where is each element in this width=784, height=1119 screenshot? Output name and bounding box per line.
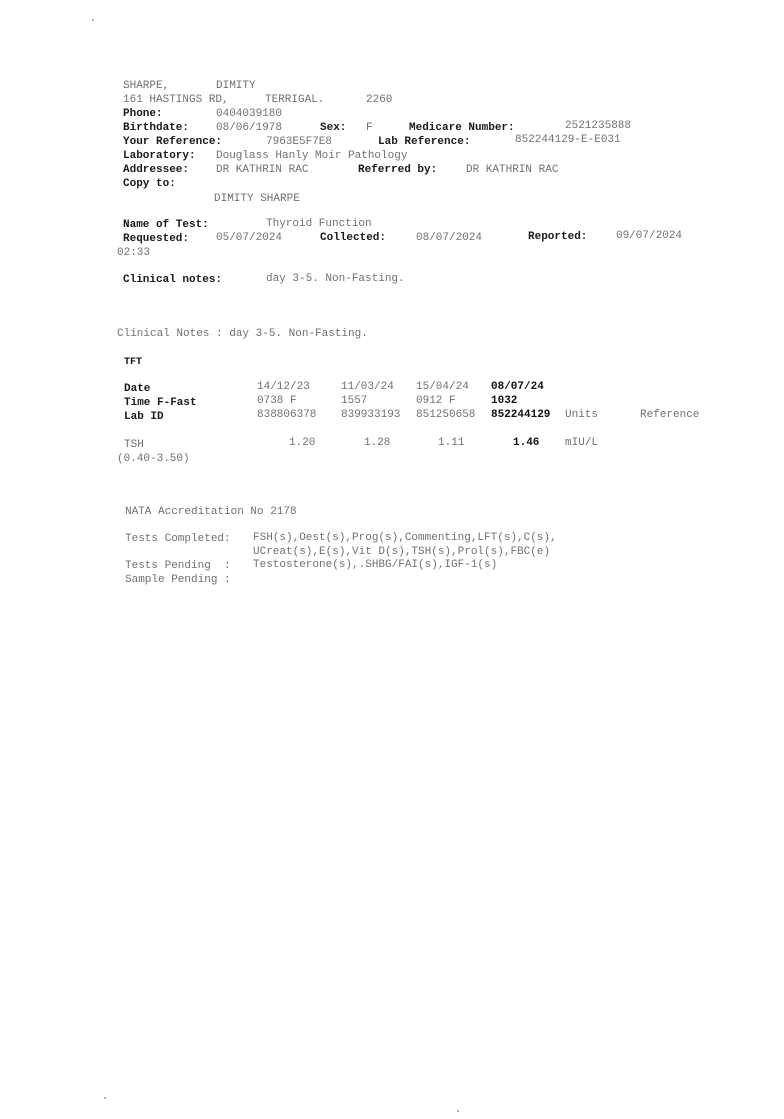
addressee-value: DR KATHRIN RAC	[216, 164, 308, 177]
analyte-range: (0.40-3.50)	[117, 453, 190, 466]
tests-completed-line1: FSH(s),Oest(s),Prog(s),Commenting,LFT(s)…	[253, 532, 557, 545]
phone-label: Phone:	[123, 108, 163, 121]
reported-label: Reported:	[528, 231, 587, 244]
tests-completed-line2: UCreat(s),E(s),Vit D(s),TSH(s),Prol(s),F…	[253, 546, 550, 559]
col-tsh: 1.20	[289, 437, 315, 450]
birthdate-value: 08/06/1978	[216, 122, 282, 135]
col-lab-id: 839933193	[341, 409, 400, 422]
sex-label: Sex:	[320, 122, 346, 135]
referred-by-label: Referred by:	[358, 164, 437, 177]
col-date: 15/04/24	[416, 381, 469, 394]
referred-by-value: DR KATHRIN RAC	[466, 164, 558, 177]
scan-speck	[92, 19, 94, 21]
copy-to-value: DIMITY SHARPE	[214, 193, 300, 206]
row-label-date: Date	[124, 383, 150, 396]
col-time: 1557	[341, 395, 367, 408]
laboratory-value: Douglass Hanly Moir Pathology	[216, 150, 407, 163]
row-label-lab-id: Lab ID	[124, 411, 164, 424]
patient-suburb: TERRIGAL.	[265, 94, 324, 107]
copy-to-label: Copy to:	[123, 178, 176, 191]
reported-value: 09/07/2024	[616, 230, 682, 243]
col-time: 0912 F	[416, 395, 456, 408]
analyte-name: TSH	[124, 439, 144, 452]
sex-value: F	[366, 122, 373, 135]
collected-value: 08/07/2024	[416, 232, 482, 245]
col-date: 14/12/23	[257, 381, 310, 394]
scan-speck	[104, 1097, 106, 1099]
col-time: 0738 F	[257, 395, 297, 408]
test-name-value: Thyroid Function	[266, 218, 372, 231]
birthdate-label: Birthdate:	[123, 122, 189, 135]
laboratory-label: Laboratory:	[123, 150, 196, 163]
test-name-label: Name of Test:	[123, 219, 209, 232]
requested-label: Requested:	[123, 233, 189, 246]
scan-speck	[457, 1110, 459, 1112]
row-label-time: Time F-Fast	[124, 397, 197, 410]
col-tsh: 1.11	[438, 437, 464, 450]
nata-accreditation: NATA Accreditation No 2178	[125, 506, 297, 519]
addressee-label: Addressee:	[123, 164, 189, 177]
patient-given-name: DIMITY	[216, 80, 256, 93]
analyte-units: mIU/L	[565, 437, 598, 450]
tests-pending-label: Tests Pending :	[125, 560, 231, 573]
clinical-notes-line: Clinical Notes : day 3-5. Non-Fasting.	[117, 328, 368, 341]
tests-completed-label: Tests Completed:	[125, 533, 231, 546]
phone-value: 0404039180	[216, 108, 282, 121]
col-date: 11/03/24	[341, 381, 394, 394]
col-tsh-current: 1.46	[513, 437, 539, 450]
col-lab-id: 838806378	[257, 409, 316, 422]
clinical-notes-value: day 3-5. Non-Fasting.	[266, 273, 405, 286]
col-lab-id: 851250658	[416, 409, 475, 422]
patient-address: 161 HASTINGS RD,	[123, 94, 229, 107]
col-time-current: 1032	[491, 395, 517, 408]
medicare-value: 2521235888	[565, 120, 631, 133]
sample-pending-label: Sample Pending :	[125, 574, 231, 587]
patient-postcode: 2260	[366, 94, 392, 107]
medicare-label: Medicare Number:	[409, 122, 515, 135]
lab-reference-label: Lab Reference:	[378, 136, 470, 149]
reference-header: Reference	[640, 409, 699, 422]
requested-value: 05/07/2024	[216, 232, 282, 245]
reported-time: 02:33	[117, 247, 150, 260]
col-lab-id-current: 852244129	[491, 409, 550, 422]
units-header: Units	[565, 409, 598, 422]
col-date-current: 08/07/24	[491, 381, 544, 394]
your-reference-label: Your Reference:	[123, 136, 222, 149]
col-tsh: 1.28	[364, 437, 390, 450]
clinical-notes-label: Clinical notes:	[123, 274, 222, 287]
patient-surname: SHARPE,	[123, 80, 169, 93]
collected-label: Collected:	[320, 232, 386, 245]
your-reference-value: 7963E5F7E8	[266, 136, 332, 149]
lab-reference-value: 852244129-E-E031	[515, 134, 621, 147]
section-title: TFT	[124, 356, 142, 369]
tests-pending-value: Testosterone(s),.SHBG/FAI(s),IGF-1(s)	[253, 559, 497, 572]
